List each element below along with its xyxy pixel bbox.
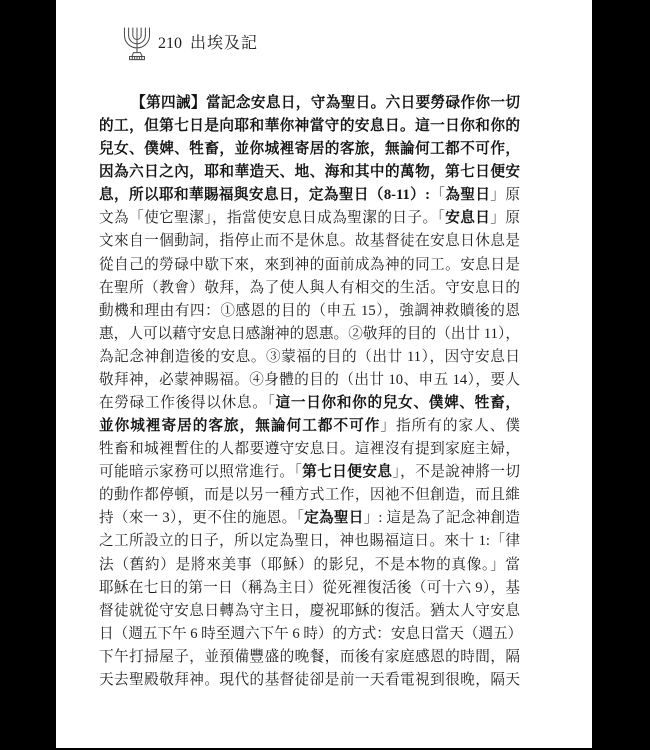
text-segment: 惠，人可以藉守安息日感謝神的恩惠。②敬拜的目的（出廿 11），: [99, 326, 520, 342]
text-segment: 為記念神創造後的安息。③蒙福的目的（出廿 11），因守安息日: [99, 349, 520, 365]
text-line: 天去聖殿敬拜神。現代的基督徒卻是前一天看電視到很晚，隔天: [99, 669, 520, 692]
text-line: 持（來一 3），更不住的施恩。「定為聖日」: 這是為了記念神創造: [99, 507, 520, 530]
text-segment: 在勞碌工作後得以休息。「: [99, 395, 276, 411]
text-line: 的動作都停頓，而是以另一種方式工作，因祂不但創造，而且維: [99, 484, 520, 507]
text-line: 日（週五下午 6 時至週六下午 6 時）的方式：安息日當天（週五）: [99, 623, 520, 646]
text-line: 【第四誡】當記念安息日，守為聖日。六日要勞碌作你一切: [99, 92, 520, 115]
page-number: 210: [158, 35, 182, 52]
text-segment: 敬拜神，必蒙神賜福。④身體的目的（出廿 10、申五 14），要人: [99, 372, 520, 388]
bold-text-segment: 為聖日: [445, 187, 490, 203]
text-segment: 牲畜和城裡暫住的人都要遵守安息日。這裡沒有提到家庭主婦，: [99, 441, 520, 457]
body-text: 【第四誡】當記念安息日，守為聖日。六日要勞碌作你一切的工，但第七日是向耶和華你神…: [99, 92, 520, 692]
bold-text-segment: 【第四誡】當記念安息日，守為聖日。六日要勞碌作你一切: [131, 95, 520, 111]
text-line: 從自己的勞碌中歇下來，來到神的面前成為神的同工。安息日是: [99, 254, 520, 277]
bold-text-segment: 第七日便安息: [302, 464, 392, 480]
text-line: 的工，但第七日是向耶和華你神當守的安息日。這一日你和你的: [99, 115, 520, 138]
text-segment: 文為「使它聖潔」，指當使安息日成為聖潔的日子。「: [99, 210, 445, 226]
bold-text-segment: 安息日: [445, 210, 490, 226]
text-line: 動機和理由有四：①感恩的目的（申五 15），強調神救贖後的恩: [99, 300, 520, 323]
bold-text-segment: 兒女、僕婢、牲畜，並你城裡寄居的客旅，無論何工都不可作，: [99, 141, 520, 157]
text-segment: 動機和理由有四：①感恩的目的（申五 15），強調神救贖後的恩: [99, 303, 520, 319]
text-segment: 文來自一個動詞，指停止而不是休息。故基督徒在安息日休息是: [99, 233, 520, 249]
text-segment: 在聖所（教會）敬拜，為了使人與人有相交的生活。守安息日的: [99, 280, 520, 296]
text-line: 敬拜神，必蒙神賜福。④身體的目的（出廿 10、申五 14），要人: [99, 369, 520, 392]
text-segment: 督徒就從守安息日轉為守主日，慶祝耶穌的復活。猶太人守安息: [99, 603, 520, 619]
page-header: 210出埃及記: [56, 0, 592, 70]
bold-text-segment: 並你城裡寄居的客旅，無論何工都不可作: [99, 418, 380, 434]
text-line: 耶穌在七日的第一日（稱為主日）從死裡復活後（可十六 9），基: [99, 577, 520, 600]
text-segment: 耶穌在七日的第一日（稱為主日）從死裡復活後（可十六 9），基: [99, 580, 520, 596]
text-segment: 」，不是說神將一切: [392, 464, 520, 480]
text-line: 之工所設立的日子，所以定為聖日，神也賜福這日。來十 1:「律: [99, 530, 520, 553]
bold-text-segment: 息，所以耶和華賜福與安息日，定為聖日（8-11）:: [99, 187, 430, 203]
text-segment: 」: 這是為了記念神創造: [364, 510, 520, 526]
text-segment: 可能暗示家務可以照常進行。「: [99, 464, 302, 480]
text-line: 在聖所（教會）敬拜，為了使人與人有相交的生活。守安息日的: [99, 277, 520, 300]
text-line: 督徒就從守安息日轉為守主日，慶祝耶穌的復活。猶太人守安息: [99, 600, 520, 623]
scanned-book-page-canvas: { "page": { "colors": { "background": "#…: [0, 0, 650, 750]
text-segment: 日（週五下午 6 時至週六下午 6 時）的方式：安息日當天（週五）: [99, 626, 520, 642]
text-segment: 」原: [490, 187, 520, 203]
text-line: 文為「使它聖潔」，指當使安息日成為聖潔的日子。「安息日」原: [99, 207, 520, 230]
bold-text-segment: 這一日你和你的兒女、僕婢、牲畜，: [276, 395, 520, 411]
text-line: 可能暗示家務可以照常進行。「第七日便安息」，不是說神將一切: [99, 461, 520, 484]
bold-text-segment: 定為聖日: [304, 510, 363, 526]
text-segment: 天去聖殿敬拜神。現代的基督徒卻是前一天看電視到很晚，隔天: [99, 672, 520, 688]
text-line: 牲畜和城裡暫住的人都要遵守安息日。這裡沒有提到家庭主婦，: [99, 438, 520, 461]
text-line: 為記念神創造後的安息。③蒙福的目的（出廿 11），因守安息日: [99, 346, 520, 369]
text-line: 兒女、僕婢、牲畜，並你城裡寄居的客旅，無論何工都不可作，: [99, 138, 520, 161]
text-segment: 從自己的勞碌中歇下來，來到神的面前成為神的同工。安息日是: [99, 257, 520, 273]
book-page: 210出埃及記 【第四誡】當記念安息日，守為聖日。六日要勞碌作你一切的工，但第七…: [56, 0, 592, 748]
text-segment: 之工所設立的日子，所以定為聖日，神也賜福這日。來十 1:「律: [99, 533, 520, 549]
text-segment: 」原: [490, 210, 520, 226]
text-line: 因為六日之內，耶和華造天、地、海和其中的萬物，第七日便安: [99, 161, 520, 184]
text-line: 下午打掃屋子，並預備豐盛的晚餐，而後有家庭感恩的時間，隔: [99, 646, 520, 669]
text-line: 惠，人可以藉守安息日感謝神的恩惠。②敬拜的目的（出廿 11），: [99, 323, 520, 346]
text-line: 息，所以耶和華賜福與安息日，定為聖日（8-11）:「為聖日」原: [99, 184, 520, 207]
text-line: 並你城裡寄居的客旅，無論何工都不可作」指所有的家人、僕婢、: [99, 415, 520, 438]
text-segment: 法（舊約）是將來美事（耶穌）的影兒，不是本物的真像。」當: [99, 557, 520, 573]
text-line: 在勞碌工作後得以休息。「這一日你和你的兒女、僕婢、牲畜，: [99, 392, 520, 415]
text-segment: 「: [430, 187, 445, 203]
text-line: 法（舊約）是將來美事（耶穌）的影兒，不是本物的真像。」當: [99, 554, 520, 577]
bold-text-segment: 因為六日之內，耶和華造天、地、海和其中的萬物，第七日便安: [99, 164, 520, 180]
text-line: 文來自一個動詞，指停止而不是休息。故基督徒在安息日休息是: [99, 230, 520, 253]
text-segment: 的動作都停頓，而是以另一種方式工作，因祂不但創造，而且維: [99, 487, 520, 503]
bold-text-segment: 的工，但第七日是向耶和華你神當守的安息日。這一日你和你的: [99, 118, 520, 134]
book-title: 出埃及記: [190, 35, 258, 52]
menorah-icon: [121, 26, 153, 62]
text-segment: 下午打掃屋子，並預備豐盛的晚餐，而後有家庭感恩的時間，隔: [99, 649, 520, 665]
text-segment: 持（來一 3），更不住的施恩。「: [99, 510, 304, 526]
running-head: 210出埃及記: [158, 30, 258, 53]
